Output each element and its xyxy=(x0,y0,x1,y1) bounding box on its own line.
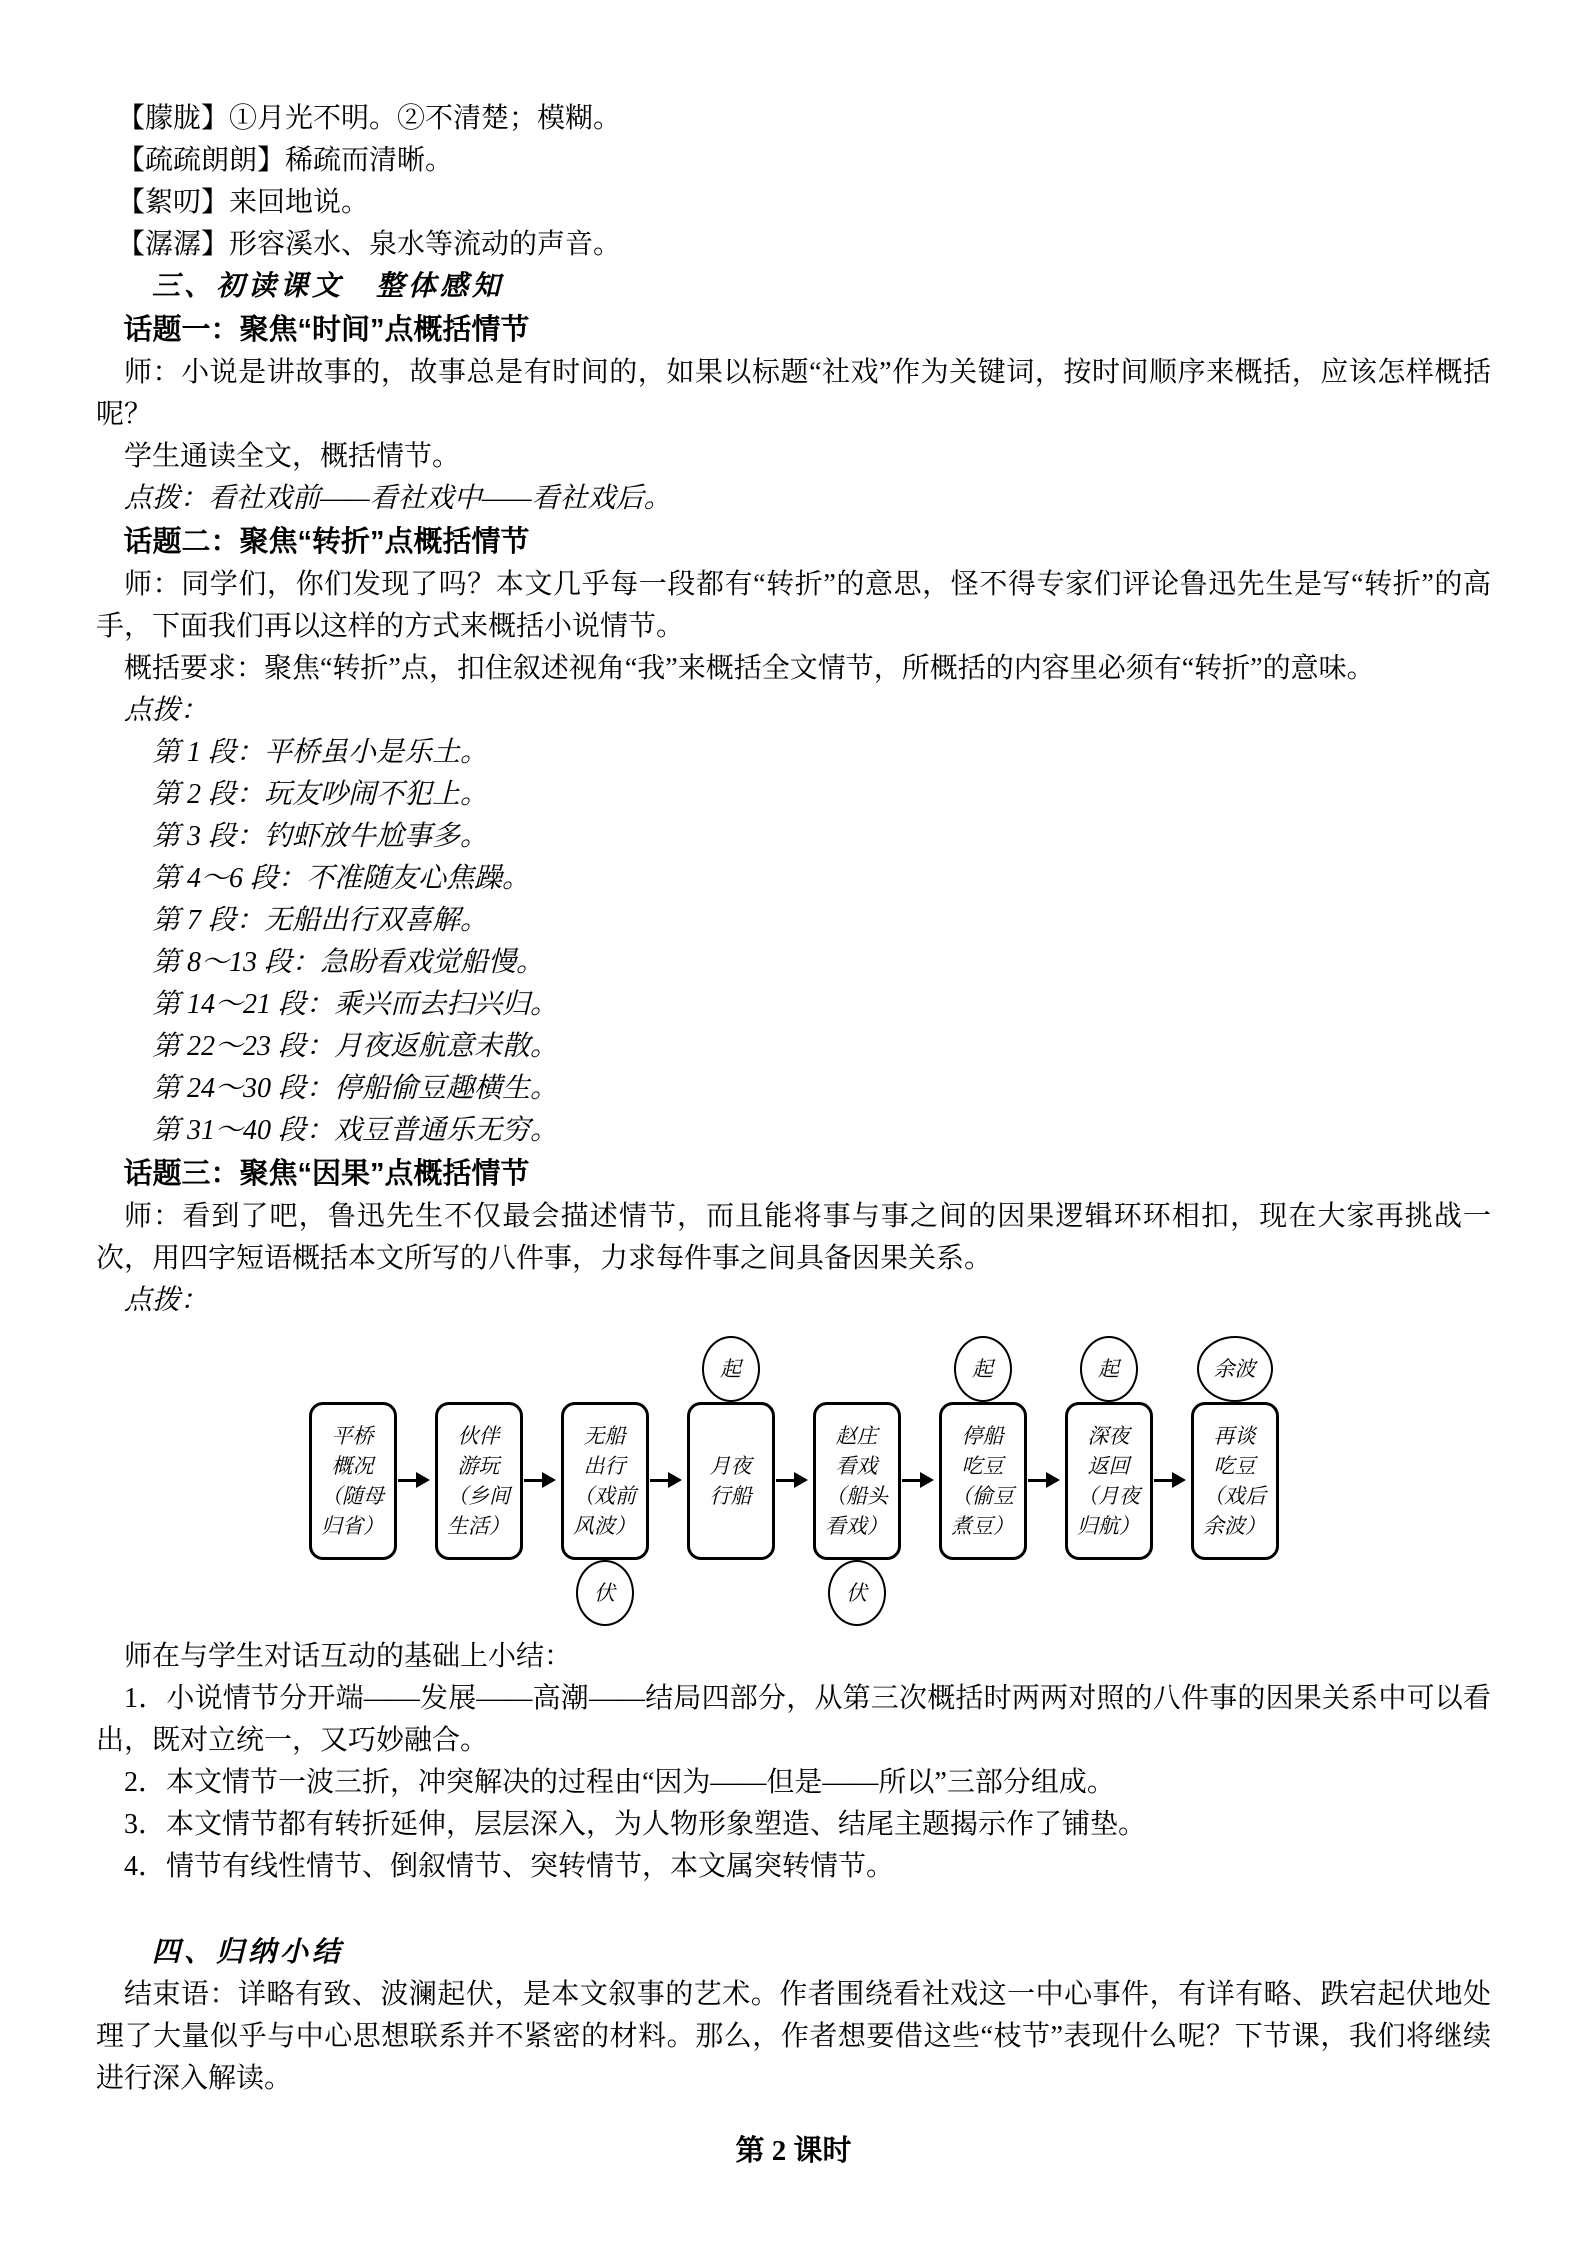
right-arrow-icon xyxy=(653,1332,683,1630)
flow-circle-fu: 伏 xyxy=(576,1560,634,1626)
topic2-teacher-paragraph: 师：同学们，你们发现了吗？本文几乎每一段都有“转折”的意思，怪不得专家们评论鲁迅… xyxy=(96,564,1491,648)
flow-circle-qi: 起 xyxy=(702,1336,760,1402)
vocab-entry: 【疏疏朗朗】稀疏而清晰。 xyxy=(96,140,1491,182)
flow-box: 平桥 概况 （随母 归省） xyxy=(309,1402,397,1560)
flow-node: 起 月夜 行船 xyxy=(683,1332,779,1630)
topic1-student-line: 学生通读全文，概括情节。 xyxy=(96,436,1491,478)
flow-box: 无船 出行 （戏前 风波） xyxy=(561,1402,649,1560)
right-arrow-icon xyxy=(527,1332,557,1630)
topic1-dianbo-line: 点拨：看社戏前——看社戏中——看社戏后。 xyxy=(96,478,1491,520)
page-footer-lesson-label: 第 2 课时 xyxy=(96,2130,1491,2172)
segment-line: 第 14～21 段：乘兴而去扫兴归。 xyxy=(96,984,1491,1026)
topic2-requirement-line: 概括要求：聚焦“转折”点，扣住叙述视角“我”来概括全文情节，所概括的内容里必须有… xyxy=(96,648,1491,690)
segment-line: 第 8～13 段：急盼看戏觉船慢。 xyxy=(96,942,1491,984)
segment-line: 第 31～40 段：戏豆普通乐无穷。 xyxy=(96,1110,1491,1152)
flow-circle-fu: 伏 xyxy=(828,1560,886,1626)
topic3-heading: 话题三：聚焦“因果”点概括情节 xyxy=(96,1152,1491,1196)
flow-box: 赵庄 看戏 （船头 看戏） xyxy=(813,1402,901,1560)
summary-item: 3．本文情节都有转折延伸，层层深入，为人物形象塑造、结尾主题揭示作了铺垫。 xyxy=(96,1804,1491,1846)
flow-box: 月夜 行船 xyxy=(687,1402,775,1560)
segment-line: 第 1 段：平桥虽小是乐土。 xyxy=(96,732,1491,774)
flow-node: 平桥 概况 （随母 归省） xyxy=(305,1332,401,1630)
plot-flowchart: 平桥 概况 （随母 归省） 伙伴 游玩 （乡间 生活） 无船 出行 （戏前 风波… xyxy=(96,1332,1491,1630)
flow-box: 深夜 返回 （月夜 归航） xyxy=(1065,1402,1153,1560)
closing-paragraph: 结束语：详略有致、波澜起伏，是本文叙事的艺术。作者围绕看社戏这一中心事件，有详有… xyxy=(96,1974,1491,2100)
flow-node: 无船 出行 （戏前 风波） 伏 xyxy=(557,1332,653,1630)
right-arrow-icon xyxy=(1031,1332,1061,1630)
flow-node: 伙伴 游玩 （乡间 生活） xyxy=(431,1332,527,1630)
flow-node: 余波 再谈 吃豆 （戏后 余波） xyxy=(1187,1332,1283,1630)
segment-line: 第 2 段：玩友吵闹不犯上。 xyxy=(96,774,1491,816)
right-arrow-icon xyxy=(905,1332,935,1630)
vocab-entry: 【潺潺】形容溪水、泉水等流动的声音。 xyxy=(96,224,1491,266)
vocab-entry: 【朦胧】①月光不明。②不清楚；模糊。 xyxy=(96,98,1491,140)
topic1-heading: 话题一：聚焦“时间”点概括情节 xyxy=(96,308,1491,352)
flow-circle-qi: 起 xyxy=(954,1336,1012,1402)
topic1-teacher-paragraph: 师：小说是讲故事的，故事总是有时间的，如果以标题“社戏”作为关键词，按时间顺序来… xyxy=(96,352,1491,436)
right-arrow-icon xyxy=(401,1332,431,1630)
segment-line: 第 22～23 段：月夜返航意未散。 xyxy=(96,1026,1491,1068)
document-page: 【朦胧】①月光不明。②不清楚；模糊。 【疏疏朗朗】稀疏而清晰。 【絮叨】来回地说… xyxy=(0,0,1587,2245)
summary-item: 4．情节有线性情节、倒叙情节、突转情节，本文属突转情节。 xyxy=(96,1846,1491,1888)
flow-node: 起 停船 吃豆 （偷豆 煮豆） xyxy=(935,1332,1031,1630)
flow-node: 赵庄 看戏 （船头 看戏） 伏 xyxy=(809,1332,905,1630)
segment-line: 第 7 段：无船出行双喜解。 xyxy=(96,900,1491,942)
flow-box: 停船 吃豆 （偷豆 煮豆） xyxy=(939,1402,1027,1560)
vocab-entry: 【絮叨】来回地说。 xyxy=(96,182,1491,224)
topic2-heading: 话题二：聚焦“转折”点概括情节 xyxy=(96,520,1491,564)
topic3-dianbo-label: 点拨： xyxy=(96,1280,1491,1322)
segment-line: 第 24～30 段：停船偷豆趣横生。 xyxy=(96,1068,1491,1110)
topic2-dianbo-label: 点拨： xyxy=(96,690,1491,732)
flow-box: 伙伴 游玩 （乡间 生活） xyxy=(435,1402,523,1560)
section-4-heading: 四、归纳小结 xyxy=(96,1932,1491,1974)
segment-line: 第 3 段：钓虾放牛尬事多。 xyxy=(96,816,1491,858)
flow-circle-yubo: 余波 xyxy=(1197,1336,1273,1402)
flow-box: 再谈 吃豆 （戏后 余波） xyxy=(1191,1402,1279,1560)
topic3-teacher-paragraph: 师：看到了吧，鲁迅先生不仅最会描述情节，而且能将事与事之间的因果逻辑环环相扣，现… xyxy=(96,1196,1491,1280)
summary-item: 1．小说情节分开端——发展——高潮——结局四部分，从第三次概括时两两对照的八件事… xyxy=(96,1678,1491,1762)
summary-item: 2．本文情节一波三折，冲突解决的过程由“因为——但是——所以”三部分组成。 xyxy=(96,1762,1491,1804)
right-arrow-icon xyxy=(1157,1332,1187,1630)
right-arrow-icon xyxy=(779,1332,809,1630)
flow-circle-qi: 起 xyxy=(1080,1336,1138,1402)
section-3-heading: 三、初读课文 整体感知 xyxy=(96,266,1491,308)
summary-intro: 师在与学生对话互动的基础上小结： xyxy=(96,1636,1491,1678)
flow-node: 起 深夜 返回 （月夜 归航） xyxy=(1061,1332,1157,1630)
segment-line: 第 4～6 段：不准随友心焦躁。 xyxy=(96,858,1491,900)
